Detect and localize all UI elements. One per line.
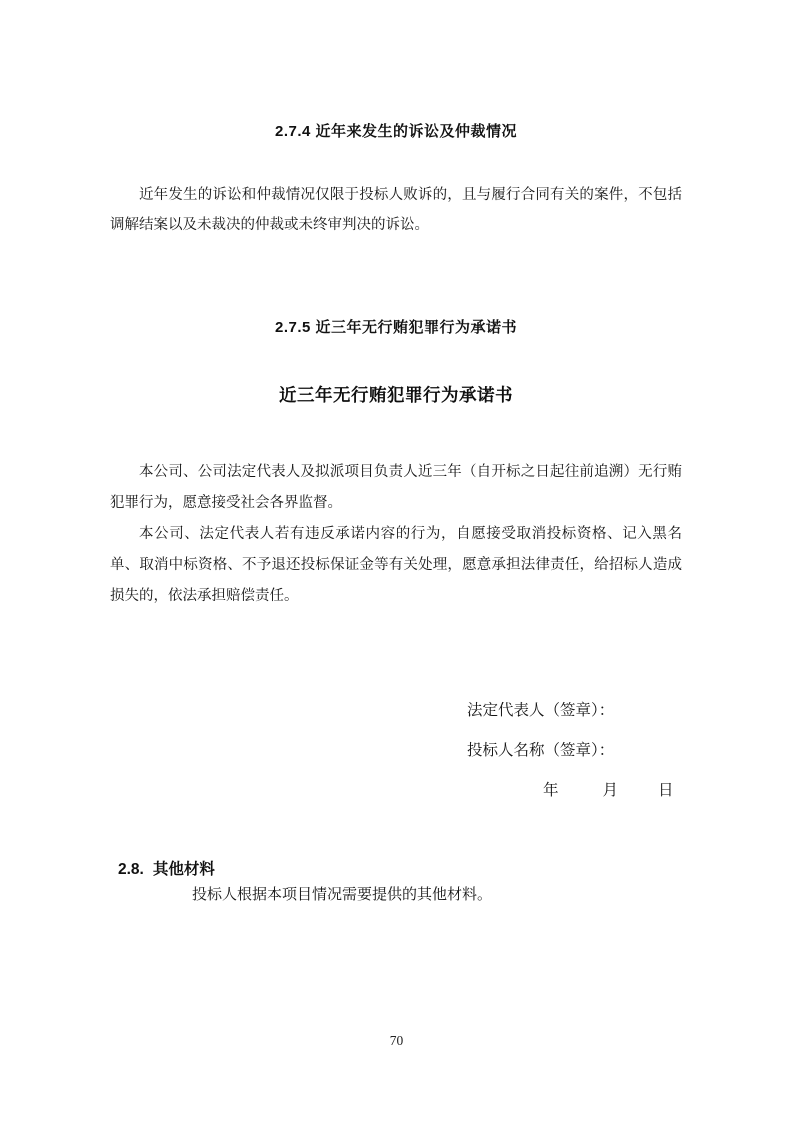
bidder-name-signature-label: 投标人名称（签章）： <box>467 742 614 759</box>
section-2-7-4-heading: 2.7.4 近年来发生的诉讼及仲裁情况 <box>110 123 682 140</box>
date-year-label: 年 <box>543 782 559 799</box>
litigation-arbitration-paragraph: 近年发生的诉讼和仲裁情况仅限于投标人败诉的，且与履行合同有关的案件，不包括调解结… <box>110 180 682 240</box>
section-2-8-number: 2.8. <box>118 861 144 879</box>
document-page: 2.7.4 近年来发生的诉讼及仲裁情况 近年发生的诉讼和仲裁情况仅限于投标人败诉… <box>0 0 793 1122</box>
section-2-8-heading: 2.8. 其他材料 <box>118 861 215 879</box>
legal-representative-signature-label: 法定代表人（签章）： <box>467 702 614 719</box>
commitment-letter-title: 近三年无行贿犯罪行为承诺书 <box>110 385 682 405</box>
section-2-7-4-body: 近年发生的诉讼和仲裁情况仅限于投标人败诉的，且与履行合同有关的案件，不包括调解结… <box>110 180 682 240</box>
section-2-7-5-heading: 2.7.5 近三年无行贿犯罪行为承诺书 <box>110 319 682 336</box>
date-day-label: 日 <box>658 782 674 799</box>
commitment-paragraph-2: 本公司、法定代表人若有违反承诺内容的行为，自愿接受取消投标资格、记入黑名单、取消… <box>110 519 682 612</box>
commitment-paragraph-1: 本公司、公司法定代表人及拟派项目负责人近三年（自开标之日起往前追溯）无行贿犯罪行… <box>110 457 682 519</box>
date-month-label: 月 <box>603 782 619 799</box>
page-number: 70 <box>0 1033 793 1049</box>
signature-date-line: 年 月 日 <box>543 782 674 799</box>
other-materials-paragraph: 投标人根据本项目情况需要提供的其他材料。 <box>192 886 492 904</box>
section-2-8-title: 其他材料 <box>153 861 215 879</box>
commitment-letter-body: 本公司、公司法定代表人及拟派项目负责人近三年（自开标之日起往前追溯）无行贿犯罪行… <box>110 457 682 612</box>
